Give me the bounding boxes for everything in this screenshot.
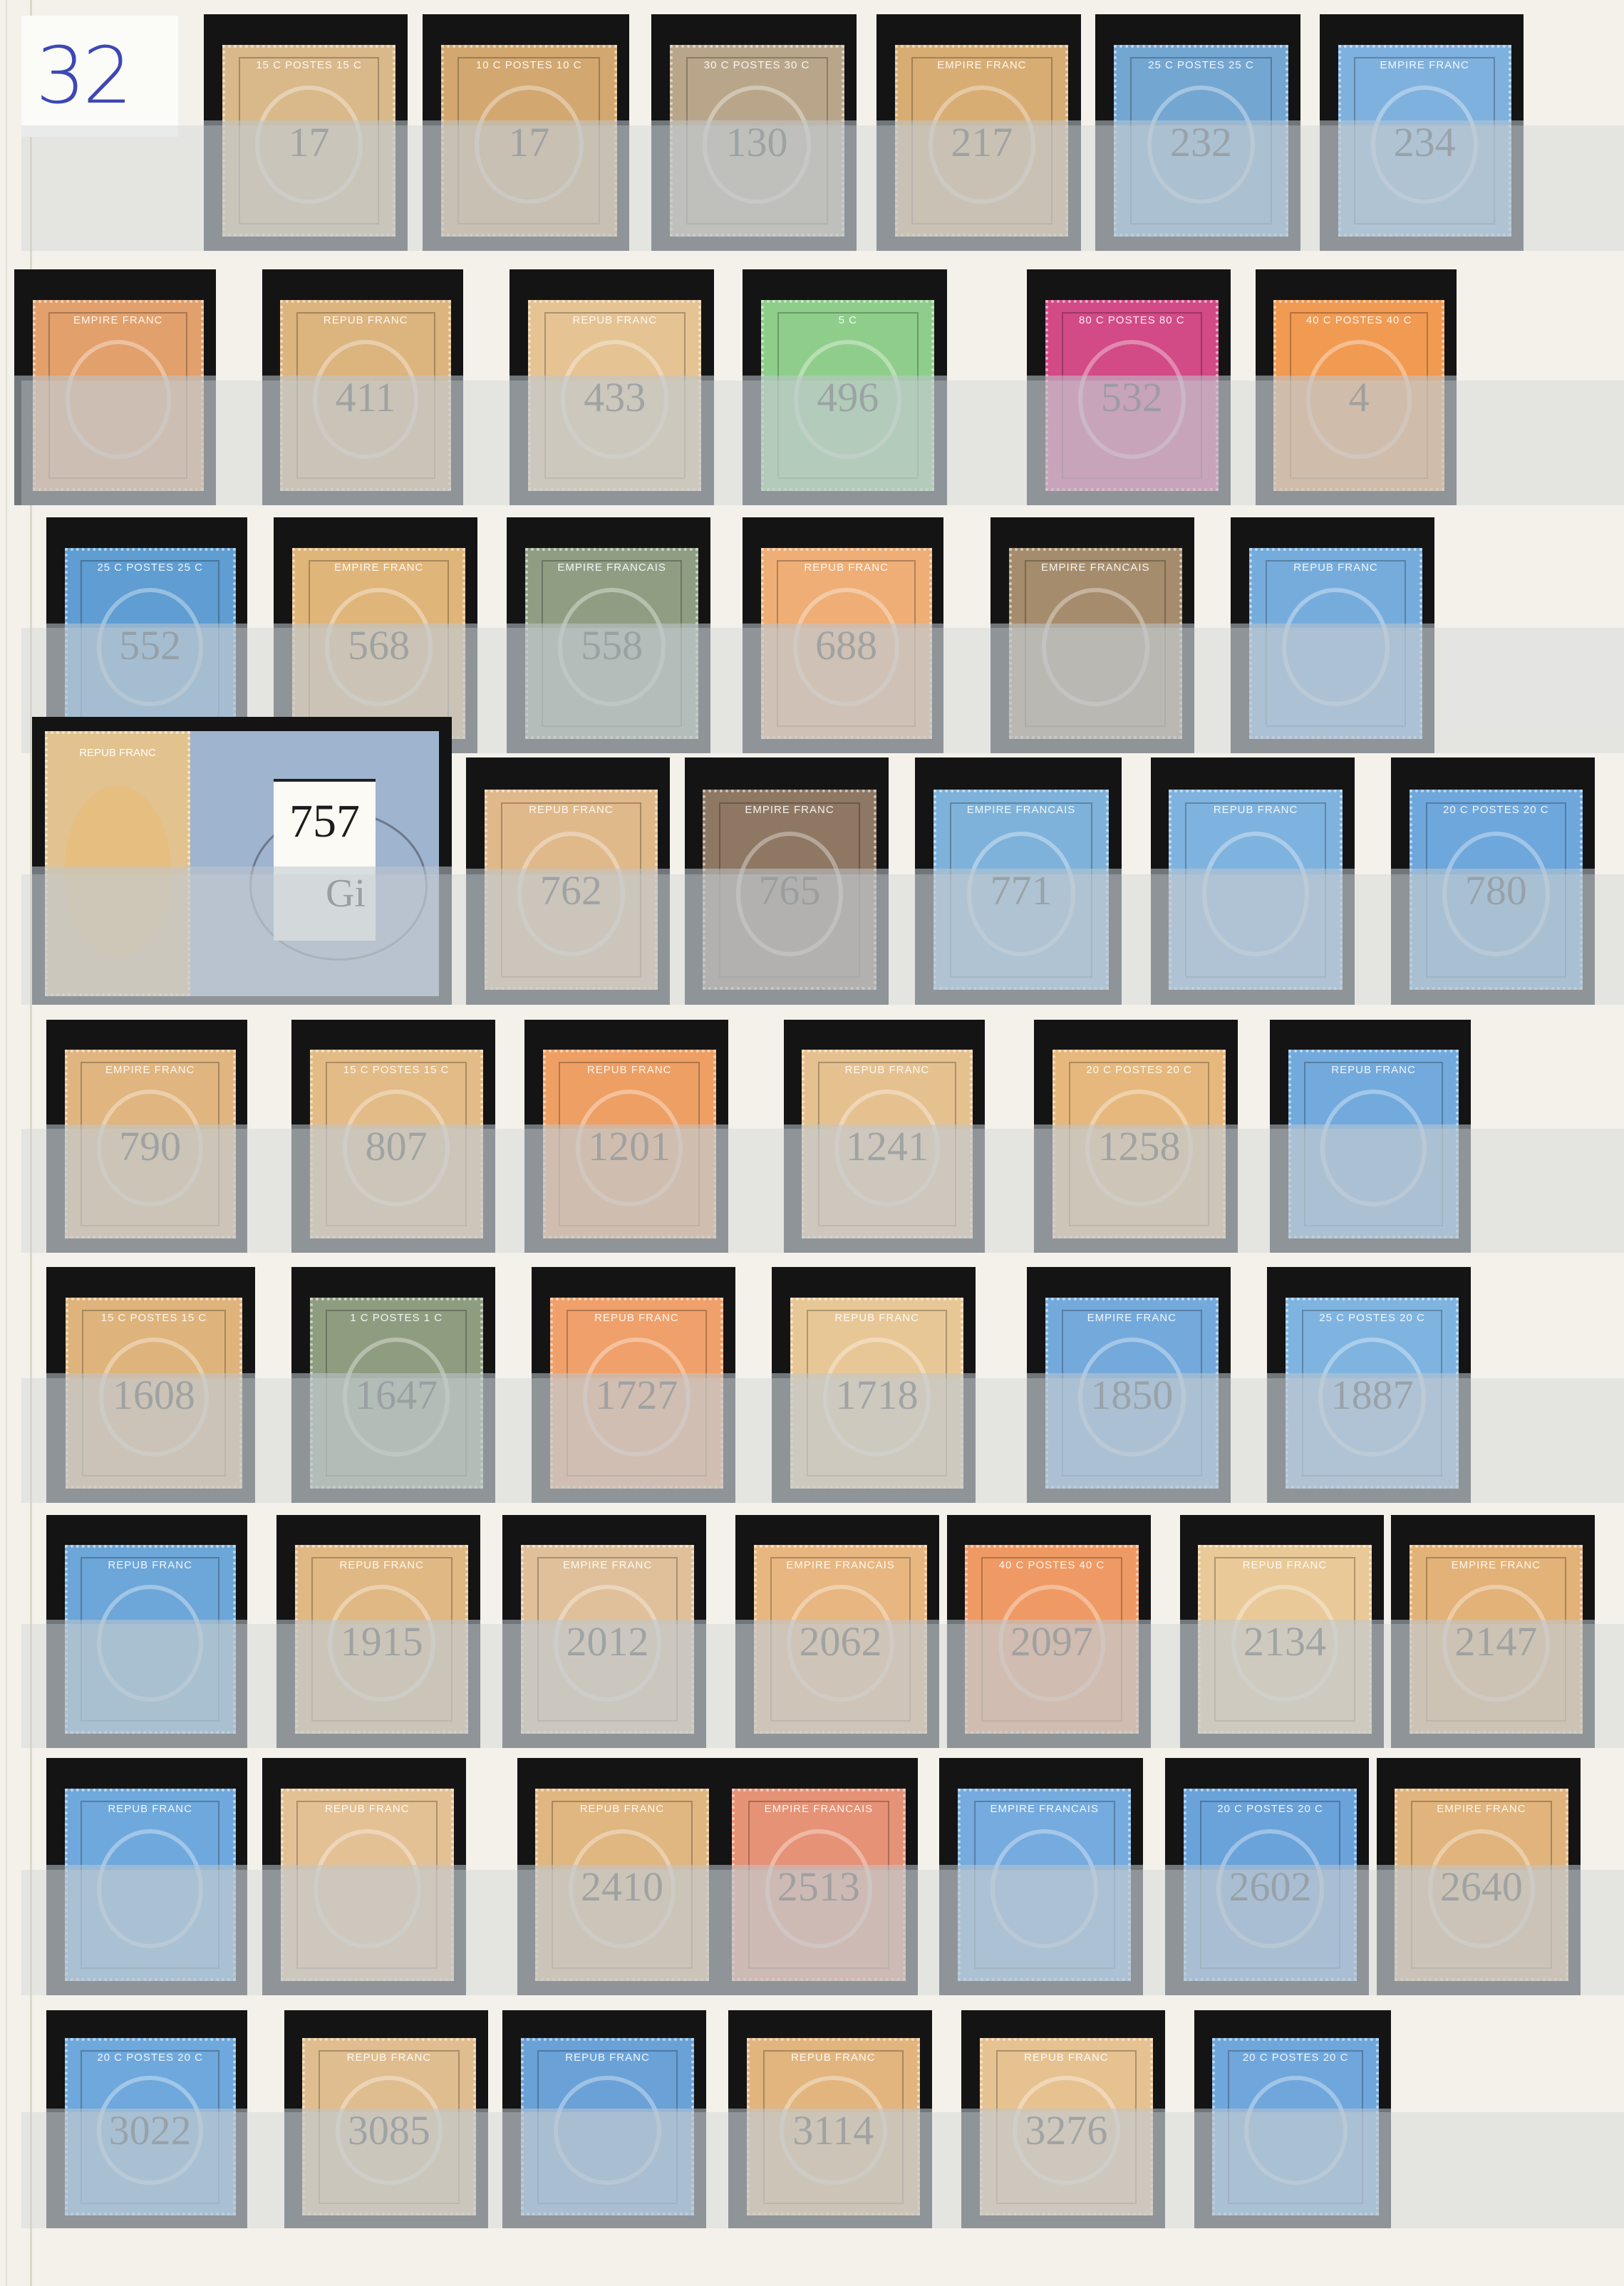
stamp-inscription: EMPIRE FRANC (295, 562, 462, 574)
pocket-strip (21, 874, 1624, 1005)
stamp-inscription: 15 C POSTES 15 C (313, 1064, 480, 1076)
stamp-inscription: EMPIRE FRANC (898, 59, 1065, 71)
stamp-inscription: REPUB FRANC (764, 562, 929, 574)
stamp-inscription: REPUB FRANC (283, 314, 448, 326)
pocket-strip (21, 1624, 1624, 1748)
stamp-inscription: 40 C POSTES 40 C (968, 1559, 1135, 1571)
stamp-inscription: 25 C POSTES 25 C (1117, 59, 1286, 71)
stamp-inscription: REPUB FRANC (48, 747, 188, 759)
pocket-strip (21, 2112, 1624, 2228)
stamp-inscription: 10 C POSTES 10 C (444, 59, 614, 71)
stamp-inscription: EMPIRE FRANC (524, 1559, 691, 1571)
stamp-inscription: REPUB FRANC (68, 1803, 233, 1815)
pocket-strip (21, 381, 1624, 506)
stamp-inscription: 80 C POSTES 80 C (1048, 314, 1216, 326)
stamp-inscription: REPUB FRANC (305, 2052, 472, 2064)
stamp-inscription: REPUB FRANC (553, 1312, 720, 1324)
stamp-inscription: REPUB FRANC (284, 1803, 451, 1815)
stamp-inscription: EMPIRE FRANCAIS (1012, 562, 1179, 574)
stamp-inscription: 5 C (764, 314, 931, 326)
stamp-inscription: EMPIRE FRANC (1412, 1559, 1580, 1571)
stamp-inscription: REPUB FRANC (538, 1803, 705, 1815)
stamp-inscription: EMPIRE FRANC (1048, 1312, 1216, 1324)
stamp-inscription: REPUB FRANC (524, 2052, 691, 2064)
stamp-inscription: EMPIRE FRANCAIS (936, 804, 1107, 816)
pocket-strip (21, 125, 1624, 251)
stamp-inscription: 25 C POSTES 25 C (68, 562, 233, 574)
stamp-inscription: REPUB FRANC (805, 1064, 970, 1076)
postmark-number: 757 (274, 795, 376, 849)
stamp-inscription: REPUB FRANC (298, 1559, 465, 1571)
page-number: 32 (36, 30, 130, 121)
page-label: 32 (21, 16, 178, 137)
stamp-inscription: REPUB FRANC (487, 804, 655, 816)
stamp-inscription: REPUB FRANC (1172, 804, 1339, 816)
stamp-inscription: REPUB FRANC (793, 1312, 961, 1324)
stamp-inscription: 20 C POSTES 20 C (1055, 1064, 1223, 1076)
stamp-inscription: 1 C POSTES 1 C (313, 1312, 480, 1324)
stamp-inscription: EMPIRE FRANC (68, 1064, 233, 1076)
stamp-inscription: 20 C POSTES 20 C (1412, 804, 1580, 816)
stamp-inscription: 15 C POSTES 15 C (225, 59, 393, 71)
stamp-inscription: EMPIRE FRANC (1397, 1803, 1565, 1815)
stamp-inscription: 30 C POSTES 30 C (673, 59, 842, 71)
stamp-inscription: 20 C POSTES 20 C (1215, 2052, 1377, 2064)
stamp-inscription: REPUB FRANC (1291, 1064, 1457, 1076)
stamp-inscription: EMPIRE FRANCAIS (961, 1803, 1128, 1815)
pocket-strip (21, 1129, 1624, 1253)
stamp-inscription: 20 C POSTES 20 C (68, 2052, 233, 2064)
pocket-strip (21, 1378, 1624, 1504)
stamp-inscription: REPUB FRANC (983, 2052, 1150, 2064)
stamp-inscription: 25 C POSTES 20 C (1288, 1312, 1456, 1324)
page-edge (6, 0, 7, 2286)
pocket-strip (21, 1870, 1624, 1996)
stamp-inscription: EMPIRE FRANC (705, 804, 873, 816)
stamp-inscription: REPUB FRANC (1201, 1559, 1368, 1571)
stamp-inscription: EMPIRE FRANC (36, 314, 201, 326)
stamp-inscription: EMPIRE FRANCAIS (757, 1559, 924, 1571)
stamp-inscription: EMPIRE FRANCAIS (735, 1803, 902, 1815)
stamp-inscription: REPUB FRANC (68, 1559, 233, 1571)
stamp-inscription: EMPIRE FRANC (1341, 59, 1509, 71)
stamp-inscription: 40 C POSTES 40 C (1276, 314, 1442, 326)
stamp-inscription: REPUB FRANC (546, 1064, 713, 1076)
stamp-inscription: REPUB FRANC (750, 2052, 917, 2064)
stamp-inscription: 20 C POSTES 20 C (1186, 1803, 1354, 1815)
stamp-inscription: REPUB FRANC (531, 314, 698, 326)
stamp-inscription: 15 C POSTES 15 C (68, 1312, 239, 1324)
stamp-inscription: EMPIRE FRANCAIS (528, 562, 695, 574)
stamp-inscription: REPUB FRANC (1252, 562, 1419, 574)
